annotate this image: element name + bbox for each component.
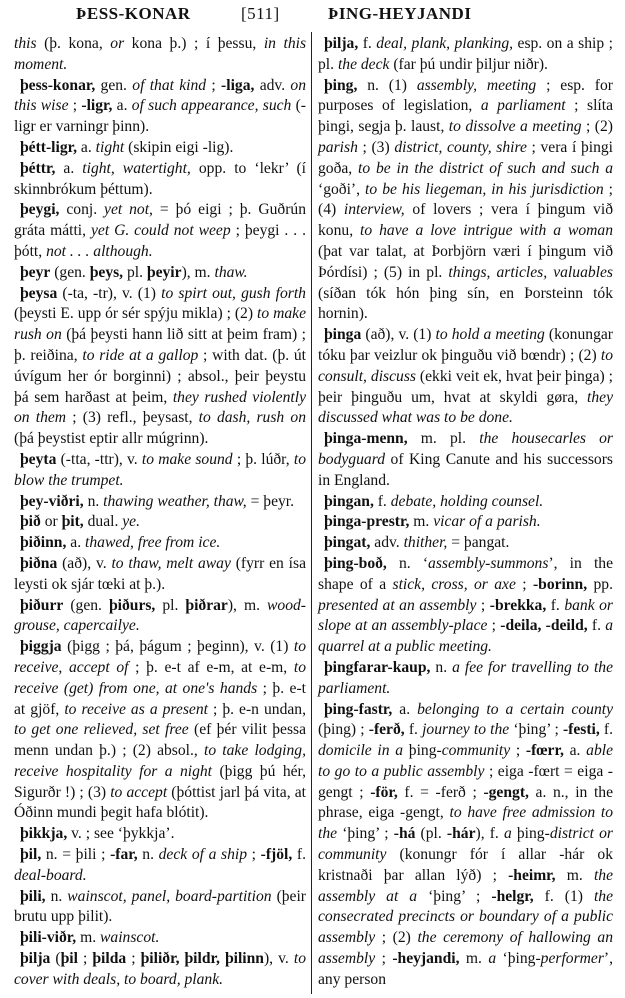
dictionary-entry: þili, n. wainscot, panel, board-partitio…	[14, 887, 306, 929]
dictionary-entry: þiðurr (gen. þiðurs, pl. þiðrar), m. woo…	[14, 596, 306, 638]
page-header: ÞESS-KONAR [511] ÞING-HEYJANDI	[0, 4, 625, 26]
dictionary-entry: þiggja (þigg ; þá, þágum ; þeginn), v. (…	[14, 637, 306, 824]
dictionary-entry: þil, n. = þili ; -far, n. deck of a ship…	[14, 845, 306, 887]
page-number: [511]	[241, 4, 280, 24]
dictionary-entry: þingfarar-kaup, n. a fee for travelling …	[318, 658, 613, 700]
dictionary-entry: þess-konar, gen. of that kind ; -liga, a…	[14, 76, 306, 138]
dictionary-entry: þiðinn, a. thawed, free from ice.	[14, 533, 306, 554]
dictionary-entry: þey-viðri, n. thawing weather, thaw, = þ…	[14, 492, 306, 513]
right-column: þilja, f. deal, plank, planking, esp. on…	[318, 34, 613, 991]
dictionary-entry: þeygi, conj. yet not, = þó eigi ; þ. Guð…	[14, 200, 306, 262]
right-guideword: ÞING-HEYJANDI	[328, 4, 471, 24]
dictionary-entry: þingat, adv. thither, = þangat.	[318, 533, 613, 554]
dictionary-entry: þinga-menn, m. pl. the housecarles or bo…	[318, 429, 613, 491]
dictionary-entry: this (þ. kona, or kona þ.) ; í þessu, in…	[14, 34, 306, 76]
dictionary-entry: þétt-ligr, a. tight (skipin eigi -lig).	[14, 138, 306, 159]
column-divider	[311, 32, 312, 994]
dictionary-entry: þikkja, v. ; see ‘þykkja’.	[14, 824, 306, 845]
dictionary-entry: þingan, f. debate, holding counsel.	[318, 492, 613, 513]
dictionary-entry: þili-viðr, m. wainscot.	[14, 928, 306, 949]
dictionary-entry: þið or þit, dual. ye.	[14, 512, 306, 533]
dictionary-entry: þilja (þil ; þilda ; þiliðr, þildr, þili…	[14, 949, 306, 991]
dictionary-entry: þing-fastr, a. belonging to a certain co…	[318, 700, 613, 991]
left-guideword: ÞESS-KONAR	[76, 4, 191, 24]
dictionary-entry: þinga (að), v. (1) to hold a meeting (ko…	[318, 325, 613, 429]
dictionary-entry: þinga-prestr, m. vicar of a parish.	[318, 512, 613, 533]
dictionary-entry: þeysa (-ta, -tr), v. (1) to spirt out, g…	[14, 284, 306, 450]
dictionary-entry: þing, n. (1) assembly, meeting ; esp. fo…	[318, 76, 613, 326]
dictionary-entry: þilja, f. deal, plank, planking, esp. on…	[318, 34, 613, 76]
left-column: this (þ. kona, or kona þ.) ; í þessu, in…	[14, 34, 306, 991]
dictionary-entry: þeyr (gen. þeys, pl. þeyir), m. thaw.	[14, 263, 306, 284]
dictionary-entry: þéttr, a. tight, watertight, opp. to ‘le…	[14, 159, 306, 201]
dictionary-entry: þeyta (-tta, -ttr), v. to make sound ; þ…	[14, 450, 306, 492]
dictionary-entry: þing-boð, n. ‘assembly-summons’, in the …	[318, 554, 613, 658]
dictionary-entry: þiðna (að), v. to thaw, melt away (fyrr …	[14, 554, 306, 596]
